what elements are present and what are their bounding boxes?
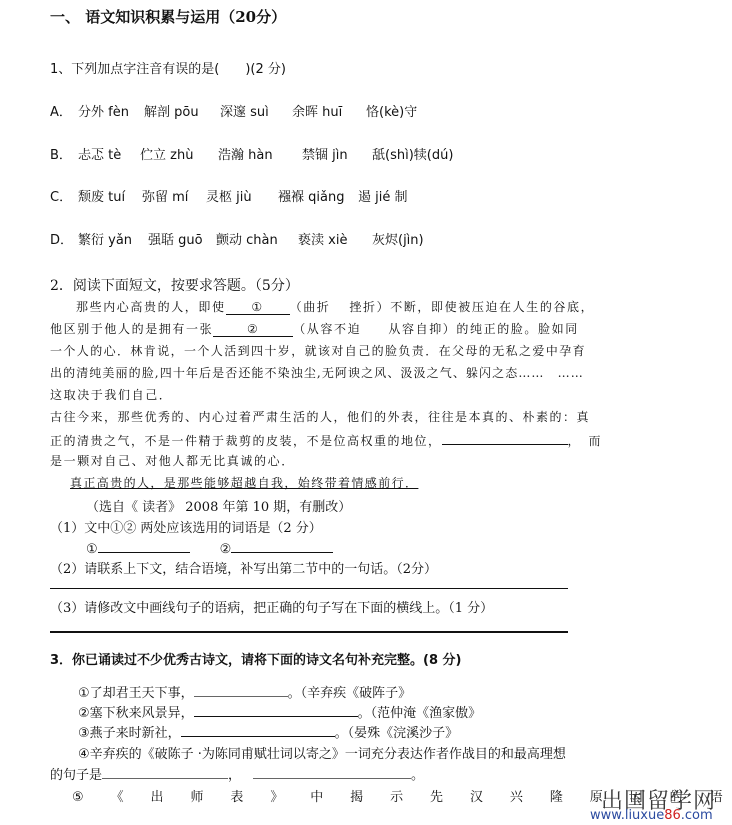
answer-line-2[interactable] — [50, 588, 568, 589]
underlined-sentence: 真正高贵的人，是那些能够超越自我，始终带着情感前行． — [70, 474, 418, 491]
passage-line-2: 他区别于他人的是拥有一张②（从容不迫 从容自抑）的纯正的脸。脸如同 — [50, 320, 579, 337]
passage-line-5: 这取决于我们自己． — [50, 386, 172, 403]
option-item: 弥留 mí — [142, 186, 206, 205]
poem-prefix: ③燕子来时新社， — [78, 726, 181, 741]
poem-blank-1[interactable] — [194, 682, 288, 697]
poem-prefix: ①了却君王天下事， — [78, 686, 194, 701]
option-c[interactable]: C．颓废 tuí弥留 mí灵柩 jiù襁褓 qiǎng遏 jié 制 — [50, 186, 408, 205]
watermark-url: www.liuxue86.com — [590, 808, 713, 823]
watermark-url-number: 86 — [664, 808, 681, 823]
option-item: 遏 jié 制 — [358, 186, 408, 205]
option-item: 浩瀚 hàn — [218, 144, 302, 163]
poem-prefix: 的句子是 — [50, 768, 102, 783]
option-item: 余晖 huī — [292, 101, 366, 120]
answer-blank-2[interactable] — [231, 538, 333, 553]
blank-3[interactable] — [442, 430, 568, 445]
sub-question-3: （3）请修改文中画线句子的语病，把正确的句子写在下面的横线上。（1 分） — [50, 597, 493, 616]
watermark-url-suffix: .com — [681, 808, 713, 823]
comma: ， — [228, 768, 241, 783]
poem-blank-4a[interactable] — [102, 764, 228, 779]
option-label: D． — [50, 229, 78, 248]
answer-blank-1[interactable] — [98, 538, 190, 553]
question-1-stem: 1、下列加点字注音有误的是( )(2 分) — [50, 58, 286, 77]
sub-question-2: （2）请联系上下文，结合语境，补写出第二节中的一句话。（2分） — [50, 558, 437, 577]
answer-label-1: ① — [86, 542, 98, 557]
option-item: 强聒 guō — [148, 229, 216, 248]
option-item: 深邃 suì — [220, 101, 292, 120]
option-d[interactable]: D．繁衍 yǎn强聒 guō颤动 chàn亵渎 xiè灰烬(jìn) — [50, 229, 424, 248]
passage-text: 正的清贵之气，不是一件精于裁剪的皮装，不是位高权重的地位， — [50, 434, 442, 448]
passage-line-7: 正的清贵之气，不是一件精于裁剪的皮装，不是位高权重的地位，， 而 — [50, 430, 602, 449]
poem-blank-2[interactable] — [194, 702, 358, 717]
passage-line-3: 一个人的心．林肯说，一个人活到四十岁，就该对自己的脸负责．在父母的无私之爱中孕育 — [50, 342, 586, 359]
answer-label-2: ② — [220, 542, 232, 557]
blank-1[interactable]: ① — [226, 300, 290, 315]
blank-2[interactable]: ② — [213, 322, 293, 337]
option-item: 繁衍 yǎn — [78, 229, 148, 248]
option-item: 颓废 tuí — [78, 186, 142, 205]
option-item: 禁锢 jìn — [302, 144, 372, 163]
section-heading: 一、 语文知识积累与运用（20分） — [50, 6, 286, 27]
poem-item-2: ②塞下秋来风景异，。（范仲淹《渔家傲》 — [78, 702, 481, 721]
poem-suffix: 。（范仲淹《渔家傲》 — [358, 706, 482, 721]
poem-prefix: ②塞下秋来风景异， — [78, 706, 194, 721]
option-item: 伫立 zhù — [140, 144, 218, 163]
sub-question-1-answers: ①② — [86, 538, 333, 557]
poem-item-1: ①了却君王天下事，。（辛弃疾《破阵子》 — [78, 682, 411, 701]
passage-line-1: 那些内心高贵的人，即使①（曲折 挫折）不断，即使被压迫在人生的谷底， — [76, 298, 594, 315]
watermark-url-prefix: www.liuxue — [590, 808, 664, 823]
passage-line-4: 出的清纯美丽的脸,四十年后是否还能不染浊尘,无阿谀之风、汲汲之气、躲闪之态…… … — [50, 364, 584, 381]
poem-item-4-line-1: ④辛弃疾的《破陈子 ·为陈同甫赋壮词以寄之》一词充分表达作者作战目的和最高理想 — [78, 743, 566, 762]
passage-text: （曲折 挫折）不断，即使被压迫在人生的谷底， — [290, 300, 595, 314]
poem-suffix: 。（晏殊《浣溪沙子》 — [335, 726, 459, 741]
option-item: 灰烬(jìn) — [372, 229, 424, 248]
option-label: A． — [50, 101, 78, 120]
poem-item-3: ③燕子来时新社，。（晏殊《浣溪沙子》 — [78, 722, 458, 741]
option-a[interactable]: A．分外 fèn解剖 pōu深邃 suì余晖 huī恪(kè)守 — [50, 101, 417, 120]
sub-question-1: （1）文中①② 两处应该选用的词语是（2 分） — [50, 517, 322, 536]
option-label: B． — [50, 144, 78, 163]
passage-line-8: 是一颗对自己、对他人都无比真诚的心． — [50, 452, 295, 469]
option-item: 亵渎 xiè — [298, 229, 372, 248]
passage-line-6: 古往今来，那些优秀的、内心过着严肃生活的人，他们的外表，往往是本真的、朴素的：真 — [50, 408, 590, 425]
period: 。 — [411, 768, 424, 783]
poem-blank-4b[interactable] — [253, 764, 411, 779]
poem-blank-3[interactable] — [181, 722, 335, 737]
option-item: 忐忑 tè — [78, 144, 140, 163]
option-b[interactable]: B．忐忑 tè伫立 zhù浩瀚 hàn禁锢 jìn舐(shì)犊(dú) — [50, 144, 453, 163]
passage-text: ， 而 — [568, 434, 603, 448]
option-label: C． — [50, 186, 78, 205]
option-item: 解剖 pōu — [144, 101, 220, 120]
option-item: 舐(shì)犊(dú) — [372, 144, 453, 163]
option-item: 灵柩 jiù — [206, 186, 278, 205]
poem-item-4-line-2: 的句子是，。 — [50, 764, 424, 783]
answer-line-3[interactable] — [50, 631, 568, 633]
passage-text: 那些内心高贵的人，即使 — [76, 300, 226, 314]
passage-text: （从容不迫 从容自抑）的纯正的脸。脸如同 — [293, 322, 579, 336]
passage-text: 他区别于他人的是拥有一张 — [50, 322, 213, 336]
passage-source: （选自《 读者》 2008 年第 10 期，有删改） — [86, 496, 351, 515]
question-2-stem: 2．阅读下面短文，按要求答题。（5分） — [50, 275, 299, 295]
option-item: 颤动 chàn — [216, 229, 298, 248]
poem-suffix: 。（辛弃疾《破阵子》 — [288, 686, 412, 701]
option-item: 襁褓 qiǎng — [278, 186, 358, 205]
option-item: 恪(kè)守 — [366, 101, 417, 120]
question-3-stem: 3．你已诵读过不少优秀古诗文，请将下面的诗文名句补充完整。(8 分) — [50, 649, 462, 668]
option-item: 分外 fèn — [78, 101, 144, 120]
